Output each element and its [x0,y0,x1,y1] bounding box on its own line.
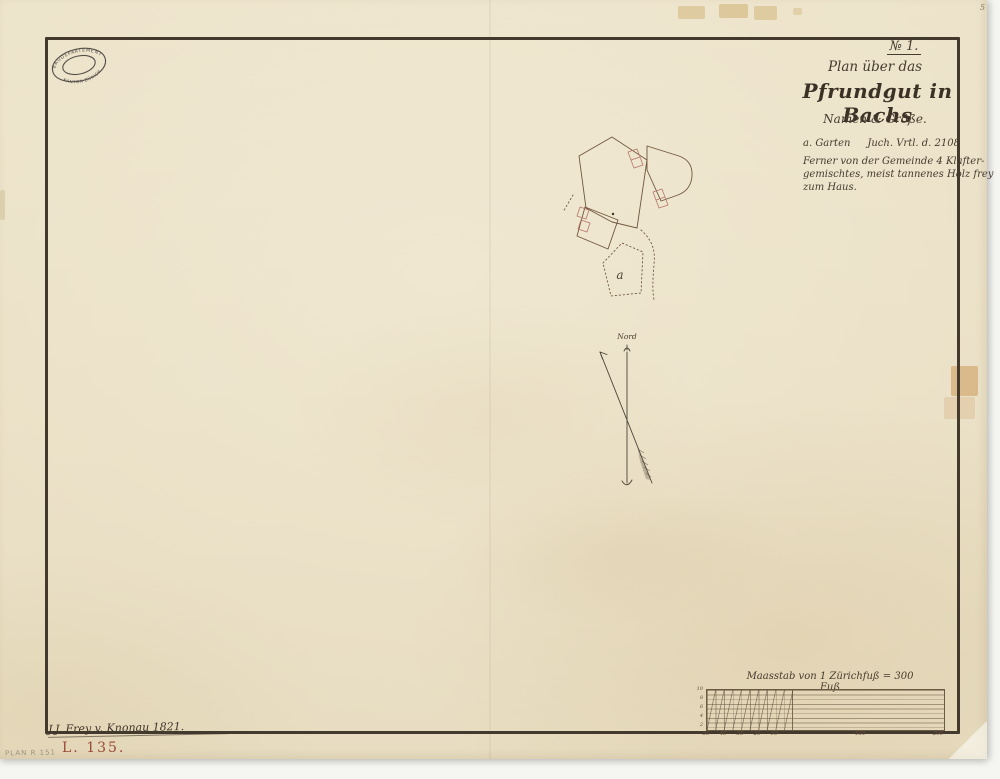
tape-stain [719,4,748,18]
scale-diagonals [707,690,793,730]
corner-mark: 5 [980,3,985,12]
scale-bar [706,689,945,731]
stamp-bottom-text: KANTON ZÜRICH [62,68,104,88]
scale-major-label: 200 [930,731,946,737]
archive-stamp: BAUDEPARTEMENT KANTON ZÜRICH [42,42,116,88]
title-small: Plan über das [795,59,955,75]
parcel-entry-value: Juch. Vrtl. d. 2108 [867,138,960,149]
scale-left-label: 6 [692,704,703,710]
north-arrow: Nord [585,328,665,492]
north-label: Nord [616,332,637,341]
edge-chip [0,190,5,220]
scale-left-label: 8 [692,695,703,701]
archive-number: L. 135. [62,740,125,756]
note-line: Ferner von der Gemeinde 4 Klafter- [803,155,967,168]
meridian-top-ornament [624,345,630,351]
scale-major-label: 100 [852,731,868,737]
paper-sheet: BAUDEPARTEMENT KANTON ZÜRICH № 1. Plan ü… [0,0,987,759]
scale-minor-label: 50 [700,731,712,737]
boundary-dotted [563,195,573,212]
scale-minor-label: 40 [717,731,729,737]
plan-number: № 1. [868,39,940,54]
scale-left-label: 10 [692,686,703,692]
scan-background: BAUDEPARTEMENT KANTON ZÜRICH № 1. Plan ü… [0,0,1000,779]
side-building-outline [647,146,692,201]
scale-minor-label: 30 [734,731,746,737]
garden-parcel-label: a [616,268,623,282]
needle-arrowhead [600,352,607,359]
scale-minor-label: 20 [751,731,763,737]
note-line: gemischtes, meist tannenes Holz frey [803,168,967,181]
scale-left-label: 4 [692,713,703,719]
tape-stain [678,6,705,19]
note-line: zum Haus. [803,181,967,194]
annex-red-squares [628,149,643,168]
tape-stain [793,8,802,15]
parcel-entry-label: a. Garten [803,138,850,149]
scale-left-label: 2 [692,722,703,728]
annex-red-squares [653,189,668,208]
path-boundary-dotted [641,230,654,300]
subtitle: Namen & Größe. [795,112,955,126]
surveyor-signature: J.J. Frey v. Knonau 1821. [48,719,228,738]
plan-dot [612,213,614,215]
tape-stain [754,6,777,20]
note-paragraph: Ferner von der Gemeinde 4 Klafter- gemis… [803,155,967,194]
pencil-note: PLAN R 151 [5,749,56,758]
svg-text:KANTON ZÜRICH: KANTON ZÜRICH [62,68,104,88]
lower-wing-outline [577,207,618,249]
building-plan-drawing: a [540,112,712,324]
scale-minor-label: 10 [768,731,780,737]
parcel-entry: a. Garten Juch. Vrtl. d. 2108 [803,138,960,149]
